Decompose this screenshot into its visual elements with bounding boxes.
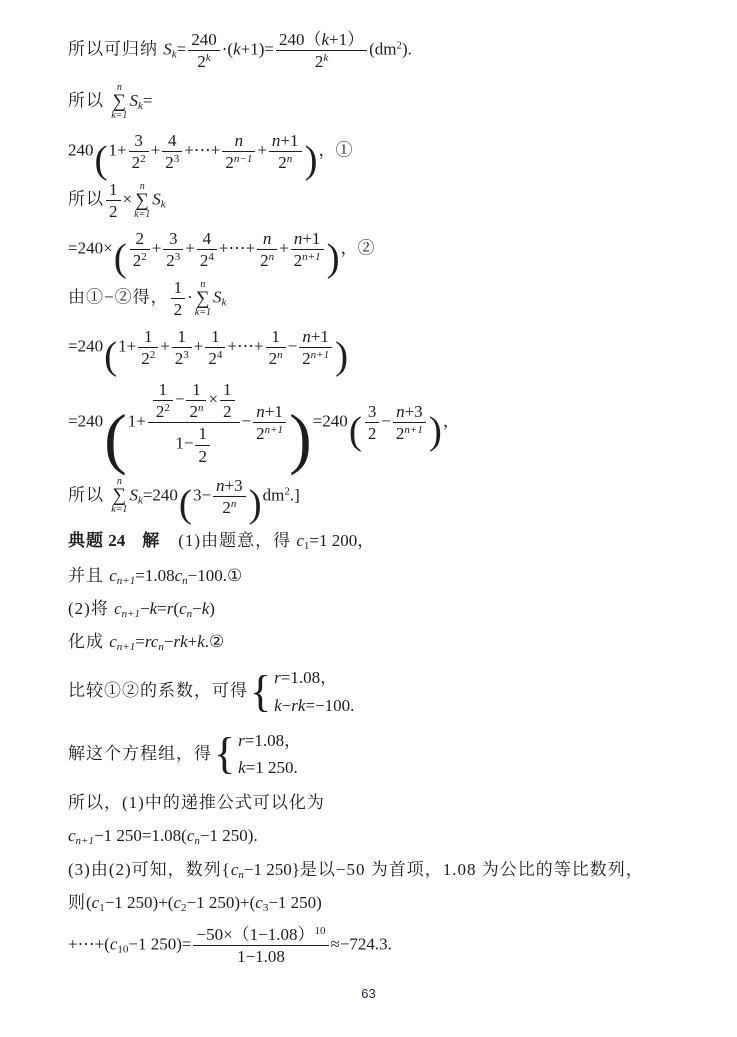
superscript: 4: [217, 349, 223, 361]
text-run: 1: [178, 327, 187, 346]
text-run: 240（: [279, 30, 322, 49]
sum-lower-limit: k=1: [111, 505, 127, 515]
text-run: =240×: [68, 239, 113, 258]
denominator: 2n+1: [253, 422, 286, 443]
fraction: 32: [365, 402, 380, 443]
fraction: 2402k: [188, 30, 220, 71]
text-run: ×: [208, 390, 218, 409]
superscript: n: [269, 251, 275, 263]
text-run: 所以，(1)中的递推公式可以化为: [68, 793, 325, 812]
text-run: .②: [205, 632, 225, 651]
solution-line-20: +⋯+(c10−1 250)=−50×（1−1.08）101−1.08≈−724…: [68, 925, 686, 966]
fraction: 240（k+1）2k: [276, 30, 367, 71]
text-run: 解这个方程组，得: [68, 744, 212, 763]
numerator: n: [257, 229, 277, 249]
denominator: 24: [205, 347, 225, 368]
denominator: 22: [130, 249, 150, 270]
text-run: 2: [198, 447, 207, 466]
text-run: ×: [123, 190, 133, 209]
text-run: 4: [203, 229, 212, 248]
text-run: 2: [368, 424, 377, 443]
solution-line-03: 240(1+322+423+⋯+n2n−1+n+12n)，①: [68, 131, 686, 172]
system-row: k−rk=−100.: [274, 694, 354, 719]
fraction: −50×（1−1.08）101−1.08: [193, 925, 328, 966]
system-rows: r=1.08，k=1 250.: [238, 729, 301, 781]
text-run: 2: [166, 251, 175, 270]
text-run: k: [238, 758, 246, 777]
text-run: =1 250.: [246, 758, 298, 777]
denominator: 2: [365, 422, 380, 443]
subscript: 10: [117, 944, 128, 956]
text-run: +1: [265, 402, 283, 421]
text-run: −: [164, 632, 174, 651]
text-run: .]: [290, 485, 300, 504]
text-run: 2: [222, 498, 231, 517]
text-run: 则: [68, 893, 86, 912]
superscript: n: [277, 349, 283, 361]
text-run: 2: [269, 349, 278, 368]
solution-line-07: =240(1+122+123+124+⋯+12n−n+12n+1): [68, 327, 686, 368]
numerator: 1: [172, 327, 192, 347]
text-run: 由①−②得，: [68, 288, 169, 307]
text-run: 比较①②的系数，可得: [68, 681, 248, 700]
text-run: =1 200，: [309, 531, 374, 550]
text-run: −1 250=1.08(: [94, 826, 187, 845]
denominator: 2: [220, 400, 235, 421]
numerator: 240: [188, 30, 220, 50]
text-run: 1+: [118, 337, 136, 356]
superscript: 2: [141, 251, 147, 263]
text-run: 3: [134, 131, 143, 150]
numerator: n: [222, 131, 255, 151]
denominator: 23: [172, 347, 192, 368]
text-run: +: [151, 141, 161, 160]
text-run: +3: [225, 476, 243, 495]
fraction: 12: [195, 424, 210, 465]
text-run: 1: [144, 327, 153, 346]
text-run: (2)将: [68, 599, 114, 618]
text-run: −1 250).: [200, 826, 258, 845]
text-run: n: [302, 327, 311, 346]
text-run: +1: [302, 229, 320, 248]
text-run: 24: [104, 531, 142, 550]
superscript: 3: [175, 251, 181, 263]
text-run: 所以: [68, 91, 109, 110]
text-run: (1)由题意，得: [160, 531, 296, 550]
subscript: n+1: [117, 575, 135, 587]
text-run: c: [109, 632, 117, 651]
text-run: +: [194, 337, 204, 356]
text-run: k: [274, 696, 282, 715]
text-run: c: [179, 599, 187, 618]
fraction: 12: [220, 380, 235, 421]
superscript: k: [206, 52, 211, 64]
numerator: 1: [171, 278, 186, 298]
superscript: n+1: [265, 424, 283, 436]
text-run: 1: [159, 380, 168, 399]
fraction: 12n: [186, 380, 206, 421]
text-run: n: [263, 229, 272, 248]
curly-brace-icon: {: [250, 673, 271, 710]
text-run: =240: [68, 412, 103, 431]
text-run: 2: [133, 251, 142, 270]
system-row: r=1.08，: [238, 729, 301, 754]
denominator: 2n+1: [291, 249, 324, 270]
text-run: −: [192, 599, 202, 618]
text-run: −: [282, 696, 292, 715]
solution-line-06: 由①−②得，12·n∑k=1Sk: [68, 278, 686, 319]
text-run: 所以: [68, 485, 109, 504]
solution-line-04: 所以12×n∑k=1Sk: [68, 180, 686, 221]
text-run: 1: [223, 380, 232, 399]
numerator: n+1: [269, 131, 302, 151]
denominator: 1−1.08: [193, 945, 328, 966]
equation-system: {r=1.08，k=1 250.: [214, 729, 301, 781]
numerator: 1: [205, 327, 225, 347]
fraction: n+12n+1: [253, 402, 286, 443]
text-run: −1 250}: [244, 860, 300, 879]
text-run: =: [143, 91, 153, 110]
text-run: +1: [311, 327, 329, 346]
fraction: 12: [106, 180, 121, 221]
text-run: 1−: [175, 434, 193, 453]
text-run: =: [177, 39, 187, 58]
text-run: =1.08: [135, 566, 174, 585]
text-run: 2: [141, 349, 150, 368]
text-run: 2: [208, 349, 217, 368]
denominator: 2n+1: [299, 347, 332, 368]
text-run: k: [321, 30, 329, 49]
denominator: 1−12: [148, 422, 240, 465]
sum-lower-limit: k=1: [111, 111, 127, 121]
text-run: c: [68, 826, 76, 845]
text-run: +: [279, 239, 289, 258]
numerator: 3: [129, 131, 149, 151]
fraction: 122−12n×121−12: [148, 380, 240, 465]
solution-line-10: 典题 24 解 (1)由题意，得 c1=1 200，: [68, 529, 686, 555]
text-run: 解: [142, 531, 160, 550]
text-run: 4: [168, 131, 177, 150]
numerator: −50×（1−1.08）10: [193, 925, 328, 945]
numerator: 1: [220, 380, 235, 400]
text-run: n: [396, 402, 405, 421]
text-run: 2: [225, 153, 234, 172]
numerator: 1: [106, 180, 121, 200]
summation-symbol: n∑k=1: [111, 83, 127, 121]
text-run: c: [296, 531, 304, 550]
fraction: n+32n: [213, 476, 246, 517]
text-run: =240: [68, 337, 103, 356]
solution-line-08: =240(1+122−12n×121−12−n+12n+1)=240(32−n+…: [68, 380, 686, 465]
superscript: n: [198, 402, 204, 414]
sigma-icon: ∑: [113, 487, 127, 505]
superscript: n: [231, 498, 237, 510]
solution-line-11: 并且 cn+1=1.08cn−100.①: [68, 564, 686, 590]
denominator: 22: [153, 400, 173, 421]
solution-line-02: 所以 n∑k=1Sk=: [68, 83, 686, 121]
text-run: =: [135, 632, 145, 651]
text-run: +⋯+: [219, 239, 255, 258]
text-run: S: [163, 39, 172, 58]
page-number: 63: [0, 986, 737, 1001]
numerator: 1: [153, 380, 173, 400]
text-run: 2: [294, 251, 303, 270]
text-run: ).: [402, 39, 412, 58]
superscript: 2: [164, 402, 170, 414]
text-run: 典题: [68, 531, 104, 550]
text-run: 2: [260, 251, 269, 270]
fraction: n+32n+1: [393, 402, 426, 443]
text-run: =−100.: [305, 696, 354, 715]
denominator: 2: [195, 445, 210, 466]
text-run: =1.08，: [281, 668, 337, 687]
solution-line-15: 解这个方程组，得{r=1.08，k=1 250.: [68, 729, 686, 781]
text-run: 1+: [109, 141, 127, 160]
solution-line-01: 所以可归纳 Sk=2402k·(k+1)=240（k+1）2k(dm2).: [68, 30, 686, 71]
text-run: c: [173, 893, 181, 912]
subscript: k: [221, 297, 226, 309]
superscript: n+1: [404, 424, 422, 436]
system-row: r=1.08，: [274, 666, 337, 691]
text-run: 1−1.08: [237, 947, 285, 966]
text-run: 3−: [193, 485, 211, 504]
fraction: 122: [138, 327, 158, 368]
text-run: ，①: [319, 141, 353, 160]
text-run: +1)=: [241, 39, 274, 58]
text-run: 240: [68, 141, 94, 160]
text-run: 1: [174, 278, 183, 297]
text-run: 1: [271, 327, 280, 346]
equation-system: {r=1.08，k−rk=−100.: [250, 666, 354, 718]
text-run: 2: [109, 202, 118, 221]
text-run: 2: [132, 153, 141, 172]
superscript: 2: [140, 153, 146, 165]
text-run: −: [242, 412, 252, 431]
text-run: (dm: [369, 39, 396, 58]
text-run: S: [129, 91, 138, 110]
sigma-icon: ∑: [113, 93, 127, 111]
sum-lower-limit: k=1: [134, 210, 150, 220]
denominator: 2n: [266, 347, 286, 368]
superscript: 3: [183, 349, 189, 361]
text-run: 2: [278, 153, 287, 172]
numerator: 1: [266, 327, 286, 347]
solution-line-16: 所以，(1)中的递推公式可以化为: [68, 791, 686, 816]
text-run: +: [185, 239, 195, 258]
text-run: +: [257, 141, 267, 160]
curly-brace-icon: {: [214, 735, 235, 772]
text-run: c: [175, 566, 183, 585]
superscript: 4: [208, 251, 214, 263]
subscript: n+1: [117, 641, 135, 653]
text-run: 1: [198, 424, 207, 443]
text-run: +1: [280, 131, 298, 150]
text-run: ≈−724.3.: [331, 935, 392, 954]
text-run: 3: [169, 229, 178, 248]
text-run: (3)由(2)可知，数列{: [68, 860, 231, 879]
numerator: 1: [138, 327, 158, 347]
text-run: +⋯+: [227, 337, 263, 356]
text-run: ): [209, 599, 215, 618]
fraction: n+12n+1: [299, 327, 332, 368]
text-run: +: [152, 239, 162, 258]
numerator: n+3: [213, 476, 246, 496]
text-run: ·: [187, 288, 193, 307]
text-run: S: [152, 190, 161, 209]
text-run: 2: [223, 402, 232, 421]
text-run: c: [109, 566, 117, 585]
summation-symbol: n∑k=1: [134, 182, 150, 220]
text-run: c: [114, 599, 122, 618]
text-run: 3: [368, 402, 377, 421]
numerator: n+1: [291, 229, 324, 249]
text-run: −: [140, 599, 150, 618]
text-run: =1.08，: [245, 731, 301, 750]
text-run: −1 250)=: [128, 935, 191, 954]
text-run: S: [129, 485, 138, 504]
sigma-icon: ∑: [135, 192, 149, 210]
subscript: k: [161, 199, 166, 211]
text-run: c: [255, 893, 263, 912]
text-run: −50×（1−1.08）: [196, 925, 314, 944]
text-run: −1 250): [268, 893, 322, 912]
text-run: +: [160, 337, 170, 356]
denominator: 2n: [257, 249, 277, 270]
text-run: −1 250)+(: [105, 893, 174, 912]
denominator: 2n: [269, 151, 302, 172]
text-run: n: [256, 402, 265, 421]
fraction: 124: [205, 327, 225, 368]
text-run: n: [216, 476, 225, 495]
text-run: 2: [197, 52, 206, 71]
text-run: −: [288, 337, 298, 356]
text-run: ·(: [222, 39, 233, 58]
text-run: 2: [165, 153, 174, 172]
text-run: 1: [192, 380, 201, 399]
numerator: 4: [162, 131, 182, 151]
numerator: 1: [186, 380, 206, 400]
denominator: 2k: [276, 50, 367, 71]
denominator: 2: [171, 298, 186, 319]
solution-line-18: (3)由(2)可知，数列{cn−1 250}是以−50 为首项，1.08 为公比…: [68, 858, 686, 884]
denominator: 2n+1: [393, 422, 426, 443]
text-run: 1+: [128, 412, 146, 431]
superscript: n−1: [234, 153, 252, 165]
fraction: 322: [129, 131, 149, 172]
text-run: +⋯+(: [68, 935, 110, 954]
text-run: r: [238, 731, 245, 750]
superscript: 10: [315, 925, 326, 937]
text-run: 并且: [68, 566, 109, 585]
numerator: 3: [163, 229, 183, 249]
numerator: n+3: [393, 402, 426, 422]
superscript: n+1: [302, 251, 320, 263]
sigma-icon: ∑: [196, 290, 210, 308]
denominator: 23: [163, 249, 183, 270]
text-run: +3: [405, 402, 423, 421]
subscript: n+1: [76, 835, 94, 847]
text-run: 1: [109, 180, 118, 199]
fraction: 12: [171, 278, 186, 319]
fraction: 424: [197, 229, 217, 270]
text-run: rk: [291, 696, 305, 715]
fraction: 222: [130, 229, 150, 270]
numerator: 4: [197, 229, 217, 249]
text-run: 2: [174, 300, 183, 319]
superscript: 2: [150, 349, 156, 361]
fraction: n2n: [257, 229, 277, 270]
text-run: 2: [256, 424, 265, 443]
denominator: 24: [197, 249, 217, 270]
numerator: 2: [130, 229, 150, 249]
text-run: −: [175, 390, 185, 409]
fraction: n2n−1: [222, 131, 255, 172]
fraction: n+12n+1: [291, 229, 324, 270]
text-run: r: [274, 668, 281, 687]
system-rows: r=1.08，k−rk=−100.: [274, 666, 354, 718]
text-run: +1）: [329, 30, 364, 49]
text-run: ，②: [341, 239, 375, 258]
superscript: n+1: [311, 349, 329, 361]
denominator: 2n−1: [222, 151, 255, 172]
text-run: rc: [145, 632, 159, 651]
text-run: ，: [443, 412, 460, 431]
fraction: 12n: [266, 327, 286, 368]
text-run: 是以−50 为首项，1.08 为公比的等比数列，: [300, 860, 644, 879]
subscript: n+1: [122, 608, 140, 620]
numerator: 1: [195, 424, 210, 444]
solution-line-09: 所以 n∑k=1Sk=240(3−n+32n)dm2.]: [68, 476, 686, 517]
solution-line-05: =240×(222+323+424+⋯+n2n+n+12n+1)，②: [68, 229, 686, 270]
text-run: 2: [135, 229, 144, 248]
text-run: 所以可归纳: [68, 39, 163, 58]
text-run: k: [233, 39, 241, 58]
denominator: 2n: [213, 496, 246, 517]
superscript: n: [287, 153, 293, 165]
denominator: 2n: [186, 400, 206, 421]
text-run: −1 250)+(: [187, 893, 256, 912]
fraction: 123: [172, 327, 192, 368]
denominator: 23: [162, 151, 182, 172]
solution-line-12: (2)将 cn+1−k=r(cn−k): [68, 597, 686, 623]
text-run: k: [197, 632, 205, 651]
numerator: 240（k+1）: [276, 30, 367, 50]
text-run: 240: [191, 30, 217, 49]
superscript: 3: [174, 153, 180, 165]
numerator: 122−12n×12: [148, 380, 240, 422]
superscript: k: [323, 52, 328, 64]
denominator: 22: [138, 347, 158, 368]
text-run: 2: [189, 402, 198, 421]
text-run: =240: [143, 485, 178, 504]
text-run: dm: [263, 485, 285, 504]
numerator: n+1: [253, 402, 286, 422]
solution-line-13: 化成 cn+1=rcn−rk+k.②: [68, 630, 686, 656]
solution-line-19: 则(c1−1 250)+(c2−1 250)+(c3−1 250): [68, 891, 686, 917]
fraction: 122: [153, 380, 173, 421]
denominator: 2: [106, 200, 121, 221]
text-run: 所以: [68, 190, 104, 209]
text-run: =240: [313, 412, 348, 431]
document-body: 所以可归纳 Sk=2402k·(k+1)=240（k+1）2k(dm2).所以 …: [68, 24, 686, 966]
denominator: 22: [129, 151, 149, 172]
fraction: n+12n: [269, 131, 302, 172]
text-run: 化成: [68, 632, 109, 651]
text-run: −: [381, 412, 391, 431]
numerator: n+1: [299, 327, 332, 347]
solution-line-17: cn+1−1 250=1.08(cn−1 250).: [68, 824, 686, 850]
system-row: k=1 250.: [238, 756, 298, 781]
